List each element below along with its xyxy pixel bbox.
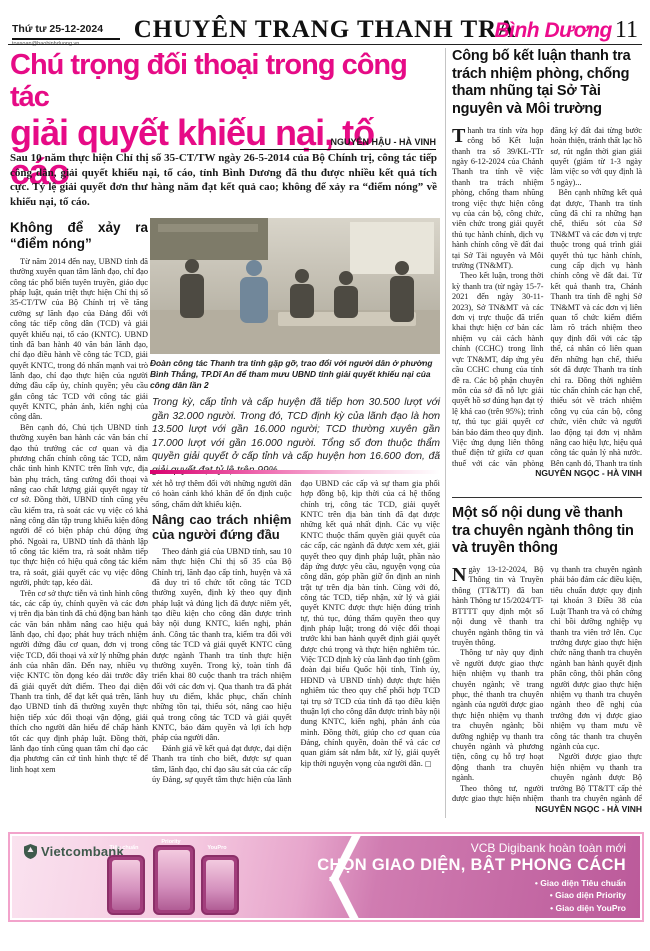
photo-illustration — [150, 218, 440, 354]
article-byline: NGUYỄN NGỌC - HÀ VINH — [530, 467, 642, 478]
phone-mockup — [201, 855, 239, 915]
masthead-logo: Bình Dương — [494, 19, 611, 42]
body-paragraph: Thông tư này quy định về người được giao… — [452, 648, 544, 783]
article-headline: Công bố kết luận thanh tra trách nhiệm p… — [452, 48, 642, 119]
body-paragraph: xét hỗ trợ thêm đối với những người dân … — [152, 479, 292, 510]
main-column-1: Không để xảy ra “điểm nóng” Từ năm 2014 … — [10, 220, 148, 788]
end-mark: □ — [425, 760, 432, 768]
subhead-responsibility: Nâng cao trách nhiệm của người đứng đầu — [152, 513, 292, 543]
drop-cap: N — [452, 565, 468, 584]
main-columns-2-3: xét hỗ trợ thêm đối với những người dân … — [152, 479, 440, 788]
body-paragraph: Bên cạnh đó, Chủ tịch UBND tỉnh thường x… — [10, 423, 148, 589]
ad-option: Giao diện Priority — [306, 889, 626, 901]
phone-label: Tiêu chuẩn — [102, 845, 146, 851]
body-paragraph: Thanh tra tỉnh vừa họp công bố Kết luận … — [452, 126, 544, 272]
masthead: Bình Dương11 — [494, 17, 638, 44]
drop-cap: T — [452, 126, 467, 145]
article-circular-inspection: Một số nội dung về thanh tra chuyên ngàn… — [452, 505, 642, 814]
article-byline: NGUYỄN NGỌC - HÀ VINH — [530, 803, 642, 814]
article-headline: Một số nội dung về thanh tra chuyên ngàn… — [452, 505, 642, 558]
phone-mockup — [153, 845, 195, 915]
vietcombank-ad-banner[interactable]: Vietcombank Tiêu chuẩn Priority YouPro V… — [8, 832, 644, 922]
ad-tagline: VCB Digibank hoàn toàn mới — [306, 841, 626, 855]
main-lead: Sau 10 năm thực hiện Chỉ thị số 35-CT/TW… — [10, 151, 437, 209]
article-divider — [452, 497, 642, 498]
header-rule — [8, 44, 642, 45]
ad-options: Giao diện Tiêu chuẩn Giao diện Priority … — [306, 877, 626, 914]
body-paragraph: Trên cơ sở thực tiễn và tình hình công t… — [10, 589, 148, 775]
phone-screen — [112, 860, 140, 910]
ad-option: Giao diện Tiêu chuẩn — [306, 877, 626, 889]
article-tnmt-conclusion: Công bố kết luận thanh tra trách nhiệm p… — [452, 48, 642, 478]
subhead-no-hotspots: Không để xảy ra “điểm nóng” — [10, 220, 148, 251]
photo-caption: Đoàn công tác Thanh tra tỉnh gặp gỡ, tra… — [150, 358, 440, 391]
body-paragraph: Từ năm 2014 đến nay, UBND tỉnh đã thường… — [10, 257, 148, 423]
article-photo — [150, 218, 440, 354]
phone-label: YouPro — [195, 845, 239, 851]
column-rule — [445, 48, 446, 818]
article-body: Thanh tra tỉnh vừa họp công bố Kết luận … — [452, 126, 642, 478]
pink-divider — [150, 470, 440, 474]
phone-screen — [158, 850, 190, 910]
main-byline: NGUYỄN HẬU - HÀ VINH — [10, 132, 436, 150]
article-body: Ngày 13-12-2024, Bộ Thông tin và Truyền … — [452, 565, 642, 814]
ad-question: Bạn chọn cho mình giao diện nào? — [306, 917, 626, 918]
shield-icon — [24, 844, 37, 859]
phone-mockup — [107, 855, 145, 915]
body-paragraph: Ngày 13-12-2024, Bộ Thông tin và Truyền … — [452, 565, 544, 648]
ad-option: Giao diện YouPro — [306, 902, 626, 914]
newspaper-page: Thứ tư 25-12-2024 toasoan@baobinhduong.v… — [0, 0, 650, 951]
phone-screen — [206, 860, 234, 910]
ad-headline: CHỌN GIAO DIỆN, BẬT PHONG CÁCH — [306, 856, 626, 875]
ad-content: Vietcombank Tiêu chuẩn Priority YouPro V… — [12, 836, 640, 918]
body-paragraph: Theo đánh giá của UBND tỉnh, sau 10 năm … — [152, 547, 292, 744]
pull-quote: Trong kỳ, cấp tỉnh và cấp huyện đã tiếp … — [152, 396, 440, 477]
ad-copy: VCB Digibank hoàn toàn mới CHỌN GIAO DIỆ… — [306, 841, 626, 918]
page-number: 11 — [615, 17, 638, 43]
